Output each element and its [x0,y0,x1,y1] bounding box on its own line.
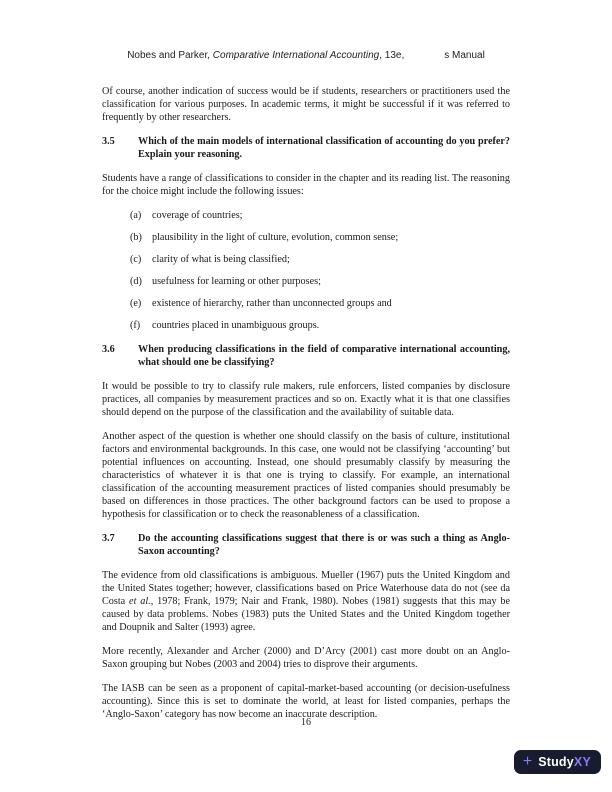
list-item-label: (f) [130,319,152,332]
question-number: 3.5 [102,135,138,161]
list-item-text: plausibility in the light of culture, ev… [152,231,510,244]
header-manual: s Manual [444,50,485,61]
list-item-label: (e) [130,297,152,310]
plus-icon: + [523,751,532,773]
list-item-text: coverage of countries; [152,209,510,222]
issues-list: (a) coverage of countries; (b) plausibil… [102,209,510,332]
question-text: Which of the main models of internationa… [138,135,510,161]
list-item-label: (c) [130,253,152,266]
answer-3-5-intro: Students have a range of classifications… [102,172,510,198]
answer-3-7-paragraph-1: The evidence from old classifications is… [102,569,510,634]
list-item-text: existence of hierarchy, rather than unco… [152,297,510,310]
running-header: Nobes and Parker, Comparative Internatio… [0,50,612,61]
answer-3-6-paragraph-2: Another aspect of the question is whethe… [102,430,510,521]
question-3-5: 3.5 Which of the main models of internat… [102,135,510,161]
page-number: 16 [0,717,612,728]
intro-paragraph: Of course, another indication of success… [102,85,510,124]
list-item: (e) existence of hierarchy, rather than … [130,297,510,310]
question-number: 3.6 [102,343,138,369]
answer-3-7-paragraph-3: The IASB can be seen as a proponent of c… [102,682,510,721]
list-item: (d) usefulness for learning or other pur… [130,275,510,288]
list-item-label: (d) [130,275,152,288]
header-author: Nobes and Parker, [127,50,213,61]
list-item: (f) countries placed in unambiguous grou… [130,319,510,332]
list-item-text: countries placed in unambiguous groups. [152,319,510,332]
header-edition: , 13e, [379,50,404,61]
header-book-title: Comparative International Accounting [213,50,379,61]
list-item-label: (a) [130,209,152,222]
question-3-6: 3.6 When producing classifications in th… [102,343,510,369]
question-text: When producing classifications in the fi… [138,343,510,369]
list-item: (a) coverage of countries; [130,209,510,222]
question-number: 3.7 [102,532,138,558]
answer-3-6-paragraph-1: It would be possible to try to classify … [102,380,510,419]
list-item: (b) plausibility in the light of culture… [130,231,510,244]
paragraph-text: , 1978; Frank, 1979; Nair and Frank, 198… [102,596,510,633]
page-body: Of course, another indication of success… [102,85,510,732]
list-item-text: usefulness for learning or other purpose… [152,275,510,288]
list-item-label: (b) [130,231,152,244]
studyxy-xy-text: XY [574,755,591,769]
document-page: Nobes and Parker, Comparative Internatio… [0,0,612,792]
list-item-text: clarity of what is being classified; [152,253,510,266]
question-text: Do the accounting classifications sugges… [138,532,510,558]
question-3-7: 3.7 Do the accounting classifications su… [102,532,510,558]
answer-3-7-paragraph-2: More recently, Alexander and Archer (200… [102,645,510,671]
studyxy-logo[interactable]: + StudyXY [514,750,601,774]
et-al-italic: et al. [129,596,151,607]
list-item: (c) clarity of what is being classified; [130,253,510,266]
studyxy-wordmark: StudyXY [538,755,591,769]
studyxy-study-text: Study [538,755,574,769]
